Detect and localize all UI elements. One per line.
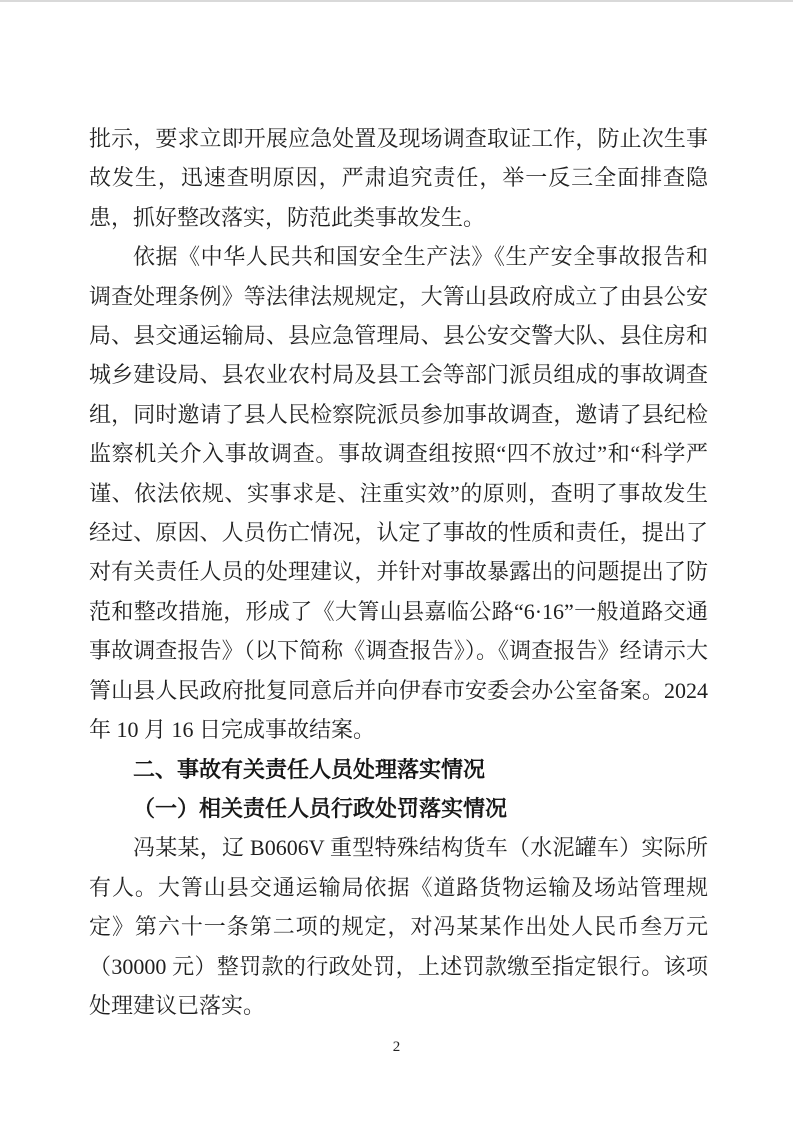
document-body: 批示，要求立即开展应急处置及现场调查取证工作，防止次生事故发生，迅速查明原因，严…: [89, 119, 708, 1025]
subsection-heading: （一）相关责任人员行政处罚落实情况: [89, 789, 708, 828]
paragraph: 批示，要求立即开展应急处置及现场调查取证工作，防止次生事故发生，迅速查明原因，严…: [89, 119, 708, 237]
page-number: 2: [0, 1038, 793, 1056]
document-page: 批示，要求立即开展应急处置及现场调查取证工作，防止次生事故发生，迅速查明原因，严…: [0, 0, 793, 1122]
page-top-edge: [0, 0, 793, 2]
paragraph: 冯某某，辽 B0606V 重型特殊结构货车（水泥罐车）实际所有人。大箐山县交通运…: [89, 828, 708, 1025]
section-heading: 二、事故有关责任人员处理落实情况: [89, 750, 708, 789]
paragraph: 依据《中华人民共和国安全生产法》《生产安全事故报告和调查处理条例》等法律法规规定…: [89, 237, 708, 749]
